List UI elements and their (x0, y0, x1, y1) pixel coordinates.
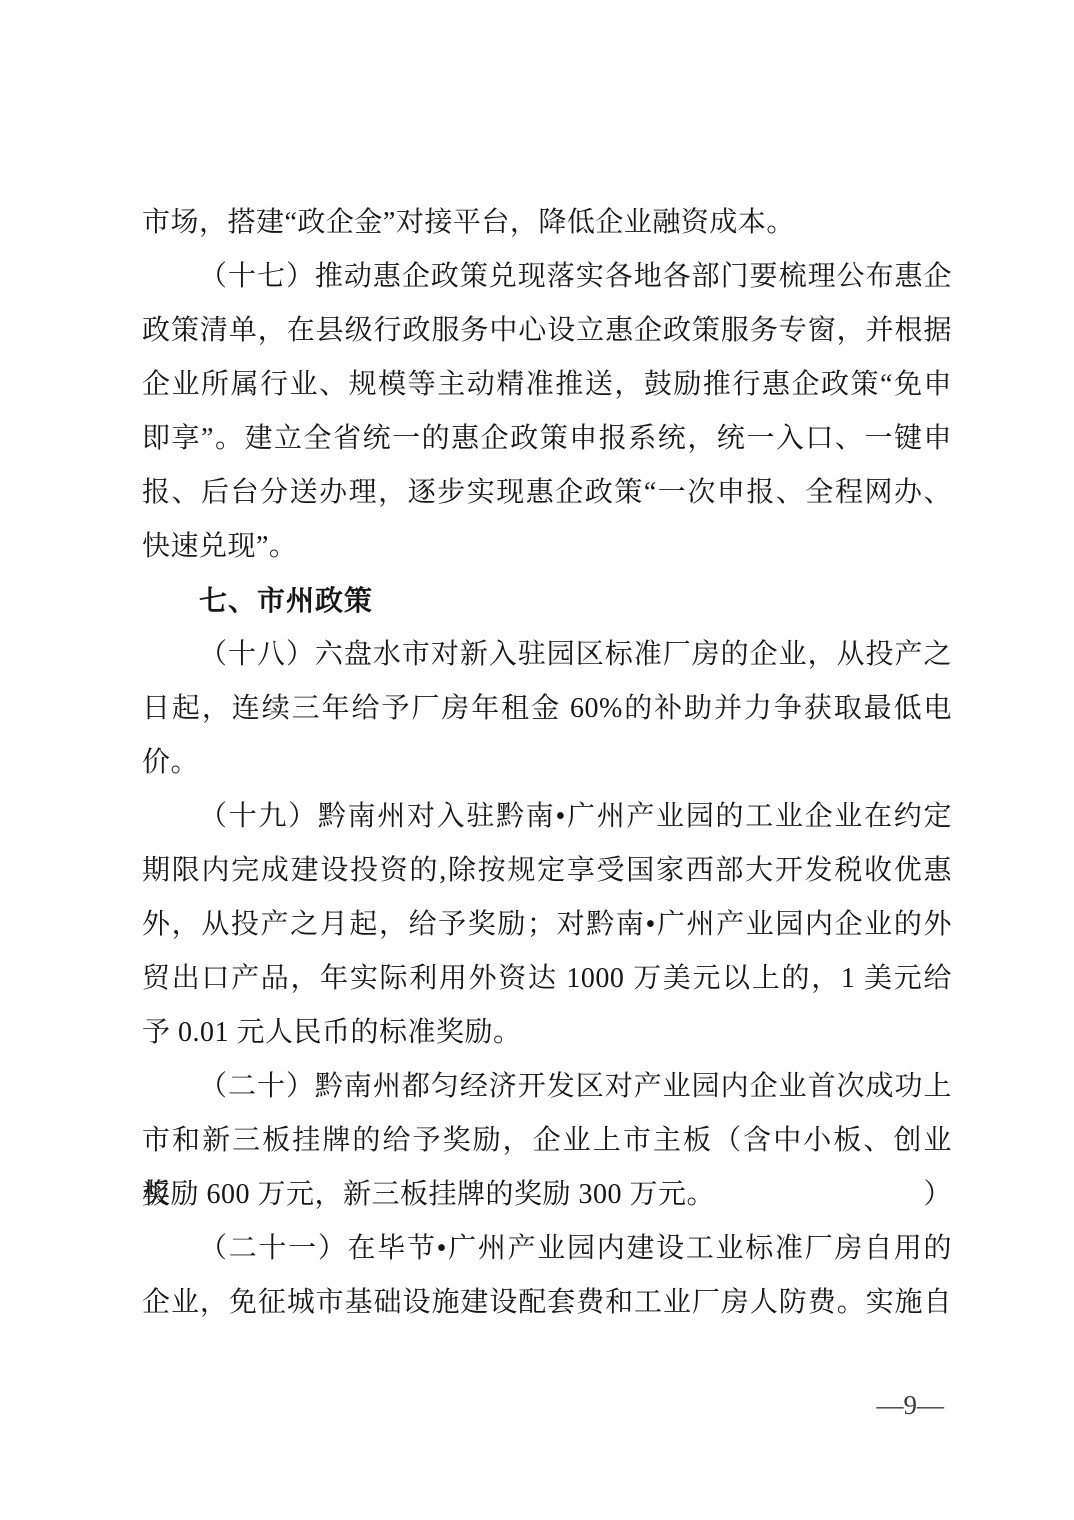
paragraph-line: 政策清单，在县级行政服务中心设立惠企政策服务专窗，并根据 (142, 304, 952, 358)
paragraph-line: （十九）黔南州对入驻黔南•广州产业园的工业企业在约定 (142, 790, 952, 844)
paragraph-line: 报、后台分送办理，逐步实现惠企政策“一次申报、全程网办、 (142, 466, 952, 520)
paragraph-line: 市场，搭建“政企金”对接平台，降低企业融资成本。 (142, 196, 952, 250)
section-heading: 七、市州政策 (142, 574, 952, 628)
paragraph-line: 即享”。建立全省统一的惠企政策申报系统，统一入口、一键申 (142, 412, 952, 466)
paragraph-line: （二十一）在毕节•广州产业园内建设工业标准厂房自用的 (142, 1222, 952, 1276)
paragraph-line: 企业所属行业、规模等主动精准推送，鼓励推行惠企政策“免申 (142, 358, 952, 412)
paragraph-line: 予 0.01 元人民币的标准奖励。 (142, 1006, 952, 1060)
document-text-block: 市场，搭建“政企金”对接平台，降低企业融资成本。 （十七）推动惠企政策兑现落实各… (142, 196, 952, 1330)
paragraph-line: 日起，连续三年给予厂房年租金 60%的补助并力争获取最低电 (142, 682, 952, 736)
paragraph-line: 贸出口产品，年实际利用外资达 1000 万美元以上的，1 美元给 (142, 952, 952, 1006)
paragraph-line: 价。 (142, 736, 952, 790)
paragraph-line: 快速兑现”。 (142, 520, 952, 574)
paragraph-line: （二十）黔南州都匀经济开发区对产业园内企业首次成功上 (142, 1060, 952, 1114)
paragraph-line: 期限内完成建设投资的,除按规定享受国家西部大开发税收优惠 (142, 844, 952, 898)
paragraph-line: 企业，免征城市基础设施建设配套费和工业厂房人防费。实施自 (142, 1276, 952, 1330)
paragraph-line: 市和新三板挂牌的给予奖励，企业上市主板（含中小板、创业板） (142, 1114, 952, 1168)
paragraph-line: （十八）六盘水市对新入驻园区标准厂房的企业，从投产之 (142, 628, 952, 682)
paragraph-line: 外，从投产之月起，给予奖励；对黔南•广州产业园内企业的外 (142, 898, 952, 952)
document-page: 市场，搭建“政企金”对接平台，降低企业融资成本。 （十七）推动惠企政策兑现落实各… (0, 0, 1074, 1520)
page-number: —9— (877, 1390, 945, 1420)
paragraph-line: （十七）推动惠企政策兑现落实各地各部门要梳理公布惠企 (142, 250, 952, 304)
